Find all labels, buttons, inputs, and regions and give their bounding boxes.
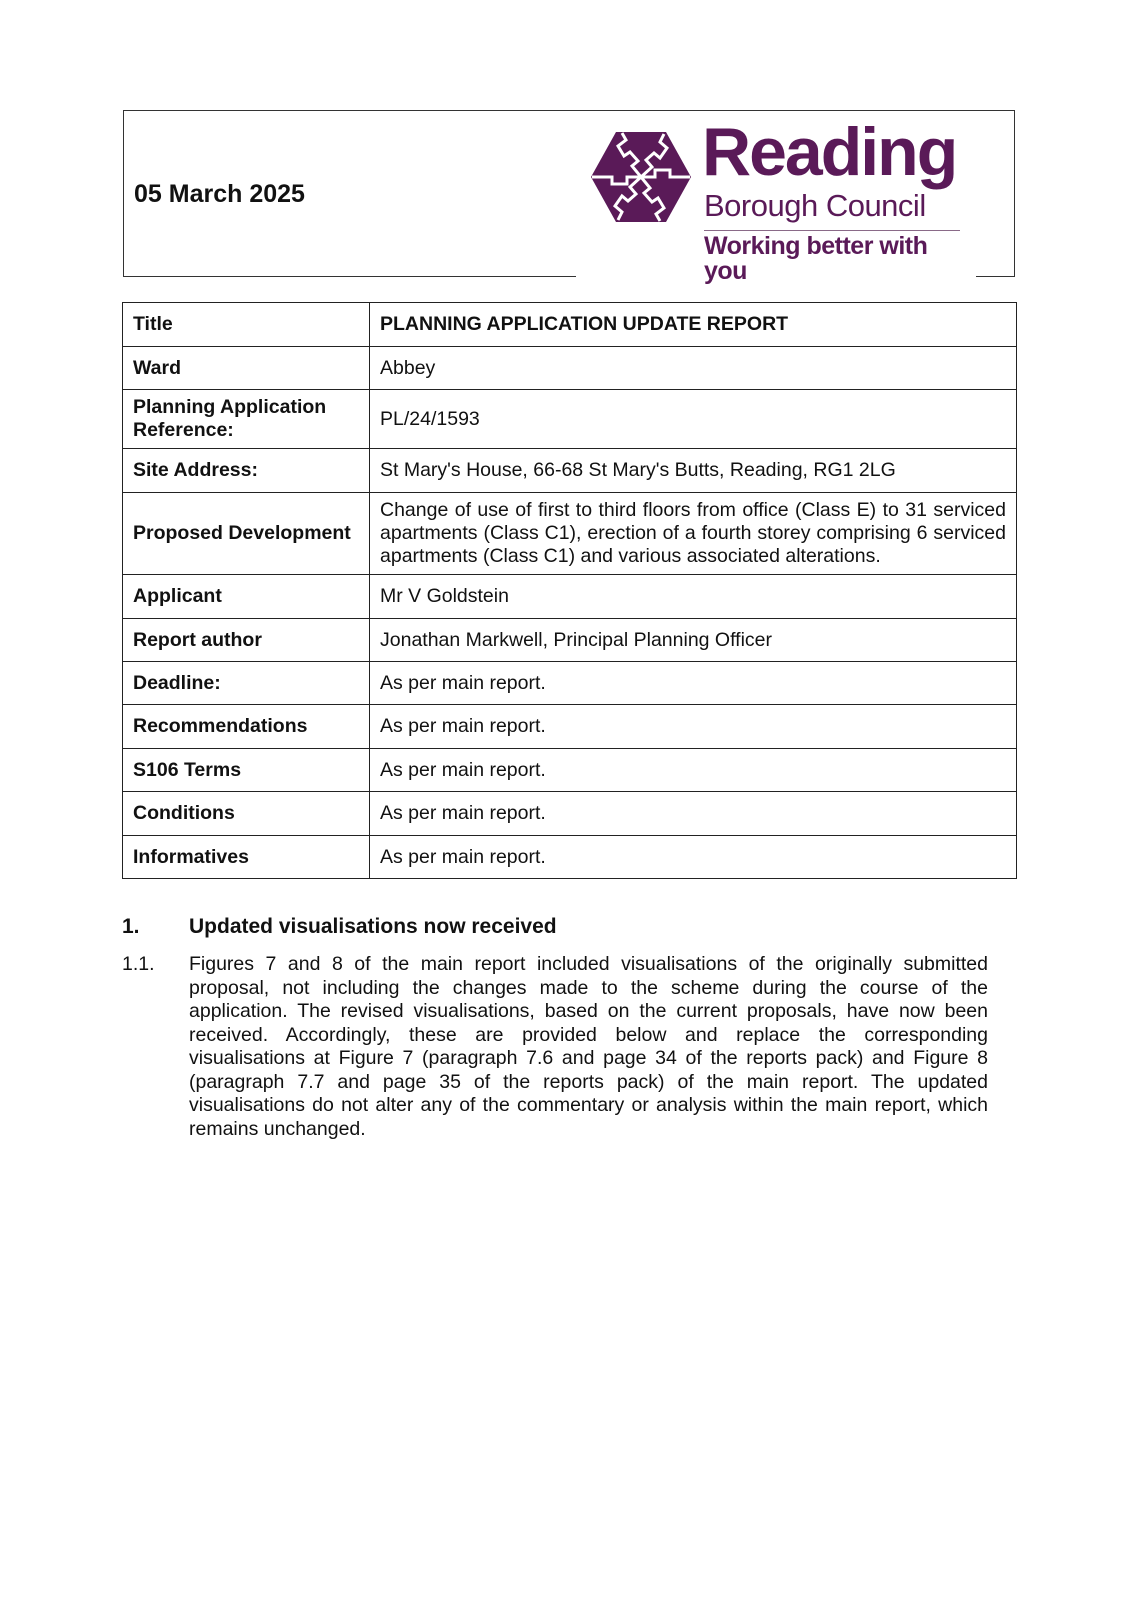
table-row: Planning Application Reference: PL/24/15… [123, 390, 1017, 449]
table-row: Ward Abbey [123, 347, 1017, 390]
paragraph-text: Figures 7 and 8 of the main report inclu… [189, 953, 988, 1141]
row-label: Ward [123, 347, 370, 390]
section-number: 1. [122, 915, 189, 939]
table-row: Applicant Mr V Goldstein [123, 575, 1017, 619]
table-row: Deadline: As per main report. [123, 662, 1017, 705]
row-label: Proposed Development [123, 493, 370, 575]
paragraph: 1.1. Figures 7 and 8 of the main report … [122, 953, 988, 1141]
row-label: Applicant [123, 575, 370, 619]
row-value: As per main report. [370, 749, 1017, 792]
row-value: St Mary's House, 66-68 St Mary's Butts, … [370, 449, 1017, 493]
row-label: Conditions [123, 792, 370, 836]
row-value: As per main report. [370, 836, 1017, 879]
row-label: Report author [123, 619, 370, 662]
row-label: Planning Application Reference: [123, 390, 370, 449]
logo-tagline: Working better with you [704, 234, 970, 284]
row-value: As per main report. [370, 705, 1017, 749]
row-value: As per main report. [370, 792, 1017, 836]
row-label: Deadline: [123, 662, 370, 705]
table-row: S106 Terms As per main report. [123, 749, 1017, 792]
council-logo: Reading Borough Council Working better w… [590, 124, 970, 264]
report-date: 05 March 2025 [134, 180, 305, 209]
header-divider [123, 276, 576, 277]
table-row: Informatives As per main report. [123, 836, 1017, 879]
row-value: Change of use of first to third floors f… [370, 493, 1017, 575]
row-label: Title [123, 303, 370, 347]
row-label: Site Address: [123, 449, 370, 493]
row-value: Mr V Goldstein [370, 575, 1017, 619]
table-row: Site Address: St Mary's House, 66-68 St … [123, 449, 1017, 493]
reading-council-hexagon-logo-icon [590, 130, 692, 224]
row-label: Recommendations [123, 705, 370, 749]
row-label: Informatives [123, 836, 370, 879]
table-row: Recommendations As per main report. [123, 705, 1017, 749]
row-label: S106 Terms [123, 749, 370, 792]
section-title: Updated visualisations now received [189, 915, 557, 939]
header-divider [976, 276, 1015, 277]
row-value: PL/24/1593 [370, 390, 1017, 449]
logo-wordmark: Reading [702, 118, 956, 186]
table-row: Report author Jonathan Markwell, Princip… [123, 619, 1017, 662]
section-updated-visualisations: 1. Updated visualisations now received 1… [122, 915, 988, 1141]
row-value: PLANNING APPLICATION UPDATE REPORT [370, 303, 1017, 347]
application-details-table: Title PLANNING APPLICATION UPDATE REPORT… [122, 302, 1017, 879]
row-value: As per main report. [370, 662, 1017, 705]
row-value: Abbey [370, 347, 1017, 390]
row-value: Jonathan Markwell, Principal Planning Of… [370, 619, 1017, 662]
table-row: Title PLANNING APPLICATION UPDATE REPORT [123, 303, 1017, 347]
logo-divider [704, 230, 960, 231]
logo-subtitle: Borough Council [704, 190, 926, 221]
section-heading: 1. Updated visualisations now received [122, 915, 988, 939]
paragraph-number: 1.1. [122, 953, 189, 1141]
table-row: Proposed Development Change of use of fi… [123, 493, 1017, 575]
table-row: Conditions As per main report. [123, 792, 1017, 836]
